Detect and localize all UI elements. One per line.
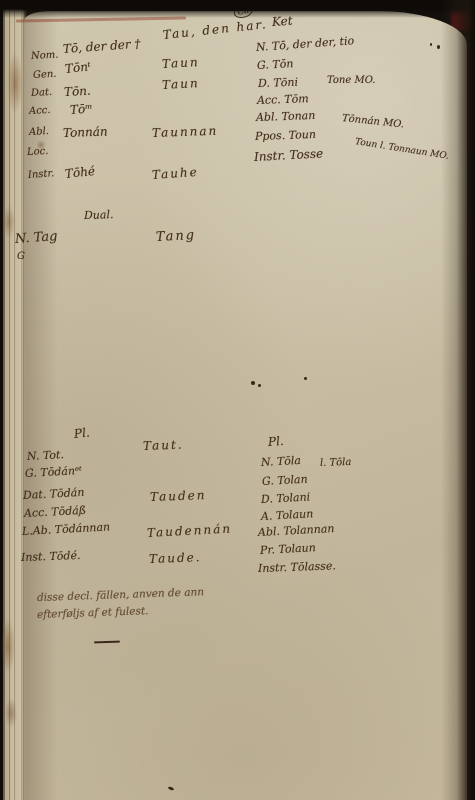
section-header-dual: Dual. <box>84 209 114 221</box>
paradigm-row: D. Tolani <box>261 491 311 505</box>
manuscript-photo: Nom. Gen. Dat. Acc. Abl. Loc. Instr. Tō,… <box>0 0 475 800</box>
gutter-shadow <box>24 0 58 800</box>
word-form-alt: Taun <box>162 56 200 70</box>
paradigm-row: Acc. Tōdáß <box>24 505 87 519</box>
page-curve-shadow <box>441 0 475 800</box>
column-header: Pl. <box>268 435 285 448</box>
book-gutter-binding <box>0 0 27 800</box>
word-form: Tōn. <box>64 85 91 98</box>
paradigm-row: Pr. Tolaun <box>260 542 316 556</box>
paradigm-row: Abl. Tonan <box>256 110 316 123</box>
case-label: Acc. <box>29 106 51 117</box>
word-form: Tōhé <box>64 165 95 180</box>
stain <box>5 698 17 728</box>
word-form-alt: Taunnan <box>152 125 219 139</box>
paradigm-row: G. Tolan <box>262 474 308 487</box>
stain <box>7 52 23 114</box>
paradigm-row: Instr. Tōlasse. <box>258 560 336 574</box>
ink-speck <box>258 384 261 387</box>
ink-speck <box>304 377 307 380</box>
paradigm-row: D. Tōni <box>258 77 298 89</box>
case-label: Abl. <box>29 127 49 138</box>
word-form-alt: Taun <box>162 77 200 91</box>
paradigm-note: l. Tōla <box>320 458 352 469</box>
paradigm-note: Tone MO. <box>327 76 375 86</box>
word-form: Tonnán <box>63 125 108 139</box>
word-form-alt: Tauhe <box>152 166 200 181</box>
word-form-alt: Taude. <box>149 551 202 565</box>
paradigm-row: Ppos. Toun <box>255 129 316 142</box>
paradigm-row: N. Tag <box>15 230 58 246</box>
case-label: Instr. <box>28 169 55 181</box>
stain <box>1 618 15 674</box>
ink-speck <box>251 381 255 385</box>
paradigm-row: N. Tot. <box>27 449 64 462</box>
word-form: Tōᵐ <box>70 102 93 116</box>
paradigm-row: Dat. Tōdán <box>23 487 85 501</box>
word-form: Tōnᵗ <box>64 60 91 75</box>
case-label: Loc. <box>27 147 49 158</box>
paradigm-row: G <box>17 252 25 262</box>
paradigm-row: G. Tōn <box>257 58 294 71</box>
paradigm-row: N. Tōla <box>261 455 301 468</box>
paradigm-row: Instr. Tosse <box>254 147 324 163</box>
word-form-alt: Tauden <box>150 489 207 503</box>
section-header-plural: Pl. <box>73 426 90 440</box>
photo-top-dark-band <box>0 0 475 18</box>
word-form-alt: Tang <box>156 229 197 244</box>
ink-speck <box>430 43 432 46</box>
paradigm-row: A. Tolaun <box>261 508 314 522</box>
case-label: Gen. <box>33 70 57 81</box>
case-label: Dat. <box>31 88 53 99</box>
case-label: Nom. <box>31 51 59 62</box>
ink-speck <box>437 45 440 49</box>
stain <box>3 205 15 239</box>
paradigm-row: Inst. Tōdé. <box>21 550 81 563</box>
paradigm-row: G. Tōdánᵉᵗ <box>25 465 83 479</box>
paradigm-row: Acc. Tōm <box>257 93 309 106</box>
column-header: Taut. <box>143 439 184 452</box>
